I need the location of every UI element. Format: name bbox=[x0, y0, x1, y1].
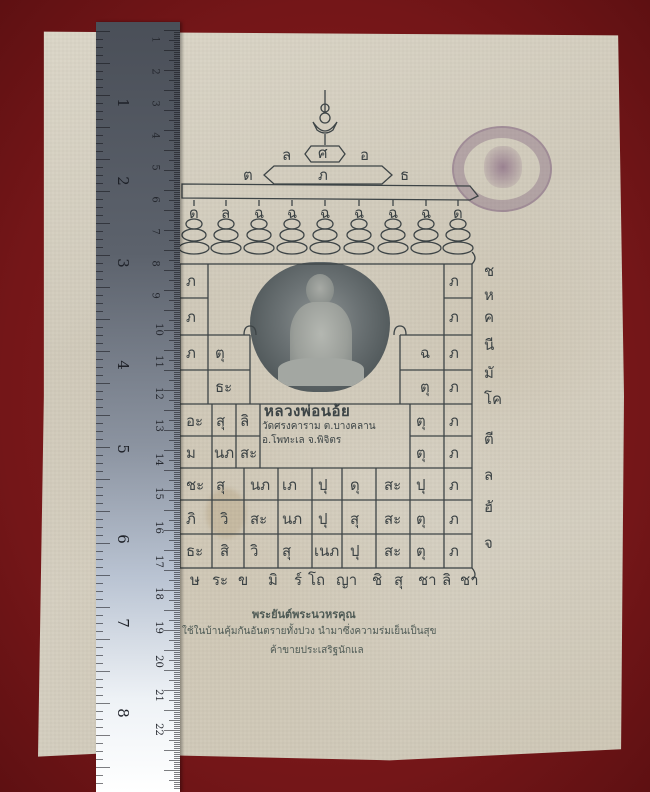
ruler-tick bbox=[96, 703, 110, 704]
ruler-tick bbox=[164, 670, 180, 671]
ruler-tick bbox=[174, 124, 180, 125]
ruler-tick bbox=[164, 750, 180, 751]
ruler-tick bbox=[174, 322, 180, 323]
ruler-tick bbox=[169, 420, 180, 421]
ruler-inch-4: 4 bbox=[114, 360, 132, 370]
ruler-tick bbox=[174, 416, 180, 417]
ruler-tick bbox=[174, 58, 180, 59]
ruler-tick bbox=[96, 119, 103, 120]
ruler-cm-9: 9 bbox=[150, 292, 161, 298]
svg-text:ล: ล bbox=[484, 466, 493, 484]
ruler-tick bbox=[96, 559, 103, 560]
ruler-tick bbox=[174, 294, 180, 295]
svg-text:สะ: สะ bbox=[384, 542, 401, 560]
ruler-tick bbox=[164, 510, 180, 511]
ruler-tick bbox=[174, 56, 180, 57]
svg-text:สะ: สะ bbox=[384, 476, 401, 494]
ruler-cm-14: 14 bbox=[153, 453, 164, 466]
ruler-tick bbox=[174, 562, 180, 563]
svg-text:ภ: ภ bbox=[186, 272, 196, 290]
ruler-tick bbox=[96, 271, 103, 272]
svg-text:นภ: นภ bbox=[214, 444, 234, 462]
ruler-tick bbox=[174, 618, 180, 619]
ruler-tick bbox=[174, 544, 180, 545]
svg-text:ต: ต bbox=[243, 166, 253, 184]
ruler-tick bbox=[174, 178, 180, 179]
ruler-tick bbox=[174, 304, 180, 305]
ruler-tick bbox=[174, 346, 180, 347]
svg-text:มั: มั bbox=[484, 364, 494, 382]
ruler-tick bbox=[174, 602, 180, 603]
ruler-tick bbox=[174, 736, 180, 737]
ruler-tick bbox=[96, 359, 103, 360]
ruler-tick bbox=[164, 30, 180, 31]
ruler-cm-4: 4 bbox=[150, 132, 161, 138]
ruler-tick bbox=[174, 214, 180, 215]
ruler-tick bbox=[174, 236, 180, 237]
ruler-tick bbox=[96, 751, 103, 752]
ruler-tick bbox=[96, 239, 103, 240]
ruler-tick bbox=[164, 370, 180, 371]
ruler-tick bbox=[96, 727, 103, 728]
svg-text:ภ: ภ bbox=[449, 308, 459, 326]
ruler-tick bbox=[174, 498, 180, 499]
ruler-tick bbox=[96, 543, 110, 544]
ruler-tick bbox=[174, 274, 180, 275]
ruler-tick bbox=[96, 463, 103, 464]
roof-tiers: ศ ภ ล อ ต ธ bbox=[182, 144, 478, 200]
ruler-tick bbox=[174, 136, 180, 137]
ruler-tick bbox=[164, 190, 180, 191]
ruler-tick bbox=[174, 96, 180, 97]
ruler-tick bbox=[174, 78, 180, 79]
ruler-tick bbox=[174, 112, 180, 113]
ruler-tick bbox=[174, 588, 180, 589]
ruler-tick bbox=[96, 623, 103, 624]
ruler-tick bbox=[169, 360, 180, 361]
ruler-inch-7: 7 bbox=[114, 618, 132, 628]
svg-text:ปุ: ปุ bbox=[318, 510, 328, 529]
ruler-tick bbox=[174, 742, 180, 743]
ruler-tick bbox=[96, 535, 103, 536]
ruler-tick bbox=[174, 584, 180, 585]
ruler-tick bbox=[174, 732, 180, 733]
ruler-tick bbox=[174, 158, 180, 159]
ruler-tick bbox=[174, 472, 180, 473]
ruler-tick bbox=[174, 422, 180, 423]
ruler-tick bbox=[96, 615, 103, 616]
ruler-tick bbox=[96, 175, 103, 176]
ruler-cm-13: 13 bbox=[153, 419, 164, 432]
ruler-tick bbox=[174, 722, 180, 723]
ruler-tick bbox=[169, 40, 180, 41]
ruler-cm-11: 11 bbox=[153, 355, 164, 368]
svg-text:ภ: ภ bbox=[449, 444, 459, 462]
ruler-tick bbox=[174, 82, 180, 83]
svg-text:ล: ล bbox=[282, 146, 291, 164]
ruler-tick bbox=[164, 250, 180, 251]
ruler-tick bbox=[174, 88, 180, 89]
ruler-tick bbox=[96, 487, 103, 488]
ruler-tick bbox=[174, 608, 180, 609]
ruler-tick bbox=[169, 560, 180, 561]
ruler-tick bbox=[169, 740, 180, 741]
svg-text:ภ: ภ bbox=[449, 510, 459, 528]
ruler-tick bbox=[174, 524, 180, 525]
ruler-tick bbox=[174, 624, 180, 625]
ruler-tick bbox=[174, 382, 180, 383]
ruler-tick bbox=[174, 186, 180, 187]
ruler-tick bbox=[96, 399, 103, 400]
svg-text:อะ: อะ bbox=[186, 412, 203, 430]
ruler-tick bbox=[96, 71, 103, 72]
ruler-tick bbox=[174, 576, 180, 577]
ruler-tick bbox=[96, 183, 103, 184]
ruler-tick bbox=[174, 162, 180, 163]
ruler-tick bbox=[96, 95, 110, 96]
ruler-tick bbox=[174, 148, 180, 149]
svg-text:สุ: สุ bbox=[216, 412, 225, 431]
ruler-tick bbox=[96, 519, 103, 520]
ruler-tick bbox=[174, 506, 180, 507]
ruler-tick bbox=[174, 352, 180, 353]
ruler-tick bbox=[174, 758, 180, 759]
ruler-tick bbox=[96, 567, 103, 568]
ruler-tick bbox=[174, 508, 180, 509]
ruler-tick bbox=[96, 783, 103, 784]
ruler-tick bbox=[174, 326, 180, 327]
ruler-tick bbox=[169, 680, 180, 681]
ruler-tick bbox=[174, 324, 180, 325]
ruler-cm-12: 12 bbox=[153, 387, 164, 400]
ruler-tick bbox=[164, 590, 180, 591]
ruler-tick bbox=[174, 204, 180, 205]
ruler-tick bbox=[96, 423, 103, 424]
ruler-tick bbox=[96, 671, 110, 672]
ruler-tick bbox=[174, 616, 180, 617]
ruler-tick bbox=[96, 407, 103, 408]
ruler-tick bbox=[174, 536, 180, 537]
ruler-tick bbox=[174, 152, 180, 153]
svg-text:ห: ห bbox=[484, 286, 494, 304]
ruler-tick bbox=[164, 410, 180, 411]
ruler-tick bbox=[164, 710, 180, 711]
ruler-tick bbox=[174, 262, 180, 263]
svg-text:สุ: สุ bbox=[282, 542, 291, 561]
ruler-tick bbox=[174, 636, 180, 637]
ruler-tick bbox=[174, 438, 180, 439]
ruler-tick bbox=[174, 518, 180, 519]
ruler-tick bbox=[169, 620, 180, 621]
ruler-tick bbox=[174, 154, 180, 155]
ruler-tick bbox=[96, 663, 103, 664]
ruler-tick bbox=[96, 55, 103, 56]
ruler-tick bbox=[169, 780, 180, 781]
ruler-cm-16: 16 bbox=[153, 521, 164, 534]
ruler-tick bbox=[96, 319, 110, 320]
ruler-tick bbox=[174, 366, 180, 367]
ruler-tick bbox=[169, 500, 180, 501]
ruler-tick bbox=[169, 140, 180, 141]
ruler-tick bbox=[174, 514, 180, 515]
ruler-tick bbox=[174, 36, 180, 37]
temple-line: วัดศรงคาราม ต.บางคลาน bbox=[262, 419, 376, 434]
ruler-tick bbox=[174, 426, 180, 427]
ruler-tick bbox=[174, 606, 180, 607]
ruler-tick bbox=[174, 54, 180, 55]
ruler-tick bbox=[169, 60, 180, 61]
ruler-tick bbox=[174, 592, 180, 593]
ruler-cm-1: 1 bbox=[150, 36, 161, 42]
ruler-tick bbox=[174, 478, 180, 479]
ruler-tick bbox=[174, 578, 180, 579]
ruler-tick bbox=[174, 714, 180, 715]
ruler-tick bbox=[164, 170, 180, 171]
svg-text:อ: อ bbox=[360, 146, 369, 164]
ruler-tick bbox=[164, 110, 180, 111]
ruler-tick bbox=[174, 698, 180, 699]
ruler-tick bbox=[96, 679, 103, 680]
ruler-tick bbox=[174, 378, 180, 379]
svg-text:ปุ: ปุ bbox=[318, 476, 328, 495]
ruler-tick bbox=[174, 672, 180, 673]
ruler-tick bbox=[96, 503, 103, 504]
ruler-tick bbox=[96, 607, 110, 608]
ruler-tick bbox=[174, 414, 180, 415]
ruler-tick bbox=[174, 298, 180, 299]
ruler-tick bbox=[174, 738, 180, 739]
ruler-tick bbox=[174, 232, 180, 233]
ruler-tick bbox=[174, 192, 180, 193]
ruler-tick bbox=[96, 431, 103, 432]
ruler-tick bbox=[174, 398, 180, 399]
svg-text:ร์: ร์ bbox=[294, 571, 302, 589]
ruler-tick bbox=[174, 188, 180, 189]
ruler-tick bbox=[96, 343, 103, 344]
ruler-tick bbox=[174, 374, 180, 375]
ruler-tick bbox=[174, 194, 180, 195]
ruler-tick bbox=[169, 540, 180, 541]
ruler-cm-15: 15 bbox=[153, 487, 164, 500]
ruler-tick bbox=[174, 706, 180, 707]
svg-text:ลิ: ลิ bbox=[442, 571, 451, 589]
svg-text:ดุ: ดุ bbox=[350, 476, 360, 495]
svg-text:มิ: มิ bbox=[268, 571, 278, 589]
metal-ruler: 1 2 3 4 5 6 7 8 1 2 3 4 5 6 7 8 9 10 11 … bbox=[96, 22, 180, 792]
ruler-tick bbox=[169, 580, 180, 581]
ruler-tick bbox=[174, 332, 180, 333]
ruler-tick bbox=[174, 528, 180, 529]
ruler-tick bbox=[96, 639, 110, 640]
ruler-tick bbox=[174, 448, 180, 449]
ruler-tick bbox=[96, 439, 103, 440]
ruler-cm-7: 7 bbox=[150, 228, 161, 234]
ruler-tick bbox=[174, 102, 180, 103]
ruler-tick bbox=[174, 334, 180, 335]
ruler-tick bbox=[96, 79, 103, 80]
ruler-tick bbox=[164, 570, 180, 571]
caption-line-3: ค้าขายประเสริฐนักแล bbox=[270, 643, 364, 658]
svg-text:สะ: สะ bbox=[240, 444, 257, 462]
ruler-tick bbox=[174, 718, 180, 719]
ruler-tick bbox=[174, 408, 180, 409]
ruler-tick bbox=[96, 143, 103, 144]
ruler-tick bbox=[96, 495, 103, 496]
ruler-tick bbox=[174, 782, 180, 783]
svg-text:ภ: ภ bbox=[449, 542, 459, 560]
svg-text:สุ: สุ bbox=[350, 510, 359, 529]
ruler-tick bbox=[174, 452, 180, 453]
ruler-tick bbox=[174, 406, 180, 407]
ruler-cm-19: 19 bbox=[153, 621, 164, 634]
ruler-tick bbox=[174, 212, 180, 213]
ruler-tick bbox=[169, 100, 180, 101]
ruler-tick bbox=[96, 599, 103, 600]
ruler-tick bbox=[169, 720, 180, 721]
ruler-tick bbox=[174, 612, 180, 613]
ruler-tick bbox=[174, 704, 180, 705]
ruler-tick bbox=[164, 630, 180, 631]
ruler-tick bbox=[164, 650, 180, 651]
ruler-tick bbox=[174, 66, 180, 67]
ruler-tick bbox=[164, 530, 180, 531]
ruler-tick bbox=[174, 622, 180, 623]
ruler-tick bbox=[174, 482, 180, 483]
svg-text:ค: ค bbox=[484, 308, 494, 326]
ruler-tick bbox=[96, 151, 103, 152]
ruler-tick bbox=[174, 734, 180, 735]
ruler-tick bbox=[174, 484, 180, 485]
ruler-tick bbox=[174, 466, 180, 467]
ruler-tick bbox=[169, 180, 180, 181]
ruler-tick bbox=[174, 72, 180, 73]
ruler-tick bbox=[174, 774, 180, 775]
ruler-tick bbox=[164, 450, 180, 451]
ruler-tick bbox=[174, 654, 180, 655]
ruler-tick bbox=[174, 724, 180, 725]
ruler-tick bbox=[174, 38, 180, 39]
ruler-tick bbox=[174, 74, 180, 75]
ruler-tick bbox=[174, 444, 180, 445]
ruler-tick bbox=[174, 342, 180, 343]
ruler-cm-8: 8 bbox=[150, 260, 161, 266]
ruler-tick bbox=[174, 234, 180, 235]
ruler-tick bbox=[174, 626, 180, 627]
ruler-tick bbox=[174, 694, 180, 695]
ruler-tick bbox=[174, 44, 180, 45]
ruler-tick bbox=[174, 502, 180, 503]
ruler-tick bbox=[174, 202, 180, 203]
ruler-tick bbox=[174, 362, 180, 363]
ruler-tick bbox=[164, 70, 180, 71]
ruler-tick bbox=[174, 664, 180, 665]
ruler-cm-6: 6 bbox=[150, 196, 161, 202]
svg-text:ภ: ภ bbox=[449, 412, 459, 430]
ruler-tick bbox=[174, 586, 180, 587]
ruler-tick bbox=[96, 63, 110, 64]
svg-text:ฉ: ฉ bbox=[420, 344, 430, 362]
ruler-tick bbox=[174, 208, 180, 209]
ruler-cm-3: 3 bbox=[150, 100, 161, 106]
svg-text:ชะ: ชะ bbox=[186, 476, 204, 494]
svg-text:เภ: เภ bbox=[282, 476, 297, 494]
svg-text:ภ: ภ bbox=[449, 476, 459, 494]
ruler-tick bbox=[174, 702, 180, 703]
ruler-tick bbox=[96, 655, 103, 656]
ruler-tick bbox=[174, 218, 180, 219]
ruler-tick bbox=[96, 335, 103, 336]
ruler-tick bbox=[164, 90, 180, 91]
ruler-tick bbox=[174, 276, 180, 277]
ruler-tick bbox=[174, 84, 180, 85]
svg-text:จ: จ bbox=[484, 534, 493, 552]
ruler-cm-5: 5 bbox=[150, 164, 161, 170]
ruler-cm-18: 18 bbox=[153, 587, 164, 600]
ruler-tick bbox=[174, 454, 180, 455]
ruler-tick bbox=[96, 583, 103, 584]
svg-text:ภิ: ภิ bbox=[186, 510, 196, 528]
ruler-tick bbox=[174, 316, 180, 317]
ruler-tick bbox=[164, 50, 180, 51]
svg-text:นภ: นภ bbox=[250, 476, 270, 494]
ruler-tick bbox=[174, 784, 180, 785]
svg-text:ภ: ภ bbox=[186, 308, 196, 326]
ruler-cm-20: 20 bbox=[153, 655, 164, 668]
ruler-tick bbox=[174, 364, 180, 365]
ruler-tick bbox=[169, 600, 180, 601]
svg-text:ตี: ตี bbox=[484, 430, 494, 448]
ruler-tick bbox=[174, 556, 180, 557]
ruler-tick bbox=[174, 402, 180, 403]
ruler-tick bbox=[96, 447, 110, 448]
ruler-tick bbox=[174, 442, 180, 443]
ruler-tick bbox=[174, 358, 180, 359]
right-vertical-script: ช ห ค นี มั โค ตี ล ฮั จ bbox=[484, 262, 502, 552]
ruler-tick bbox=[174, 582, 180, 583]
ruler-tick bbox=[174, 68, 180, 69]
ruler-tick bbox=[174, 268, 180, 269]
ruler-cm-17: 17 bbox=[153, 555, 164, 568]
ruler-tick bbox=[174, 166, 180, 167]
ruler-tick bbox=[174, 376, 180, 377]
ruler-tick bbox=[96, 103, 103, 104]
ruler-tick bbox=[174, 258, 180, 259]
ruler-inch-8: 8 bbox=[114, 708, 132, 718]
ruler-tick bbox=[164, 610, 180, 611]
ruler-tick bbox=[174, 394, 180, 395]
ruler-tick bbox=[174, 252, 180, 253]
ruler-tick bbox=[174, 306, 180, 307]
ruler-tick bbox=[174, 224, 180, 225]
ruler-tick bbox=[174, 488, 180, 489]
bottom-script-row: ษ ระ ข มิ ร์ โถ ญา ชิ สุ ชา ลิ ชา bbox=[190, 571, 479, 590]
svg-text:ภ: ภ bbox=[449, 344, 459, 362]
ruler-tick bbox=[174, 494, 180, 495]
ruler-tick bbox=[174, 504, 180, 505]
svg-text:ธะ: ธะ bbox=[186, 542, 203, 560]
ruler-inch-3: 3 bbox=[114, 258, 132, 268]
ruler-tick bbox=[174, 108, 180, 109]
ruler-tick bbox=[174, 288, 180, 289]
ruler-tick bbox=[174, 496, 180, 497]
ruler-tick bbox=[174, 648, 180, 649]
ruler-tick bbox=[96, 167, 103, 168]
ruler-tick bbox=[174, 174, 180, 175]
ruler-tick bbox=[174, 266, 180, 267]
ruler-tick bbox=[174, 48, 180, 49]
ruler-tick bbox=[174, 668, 180, 669]
ruler-tick bbox=[169, 640, 180, 641]
